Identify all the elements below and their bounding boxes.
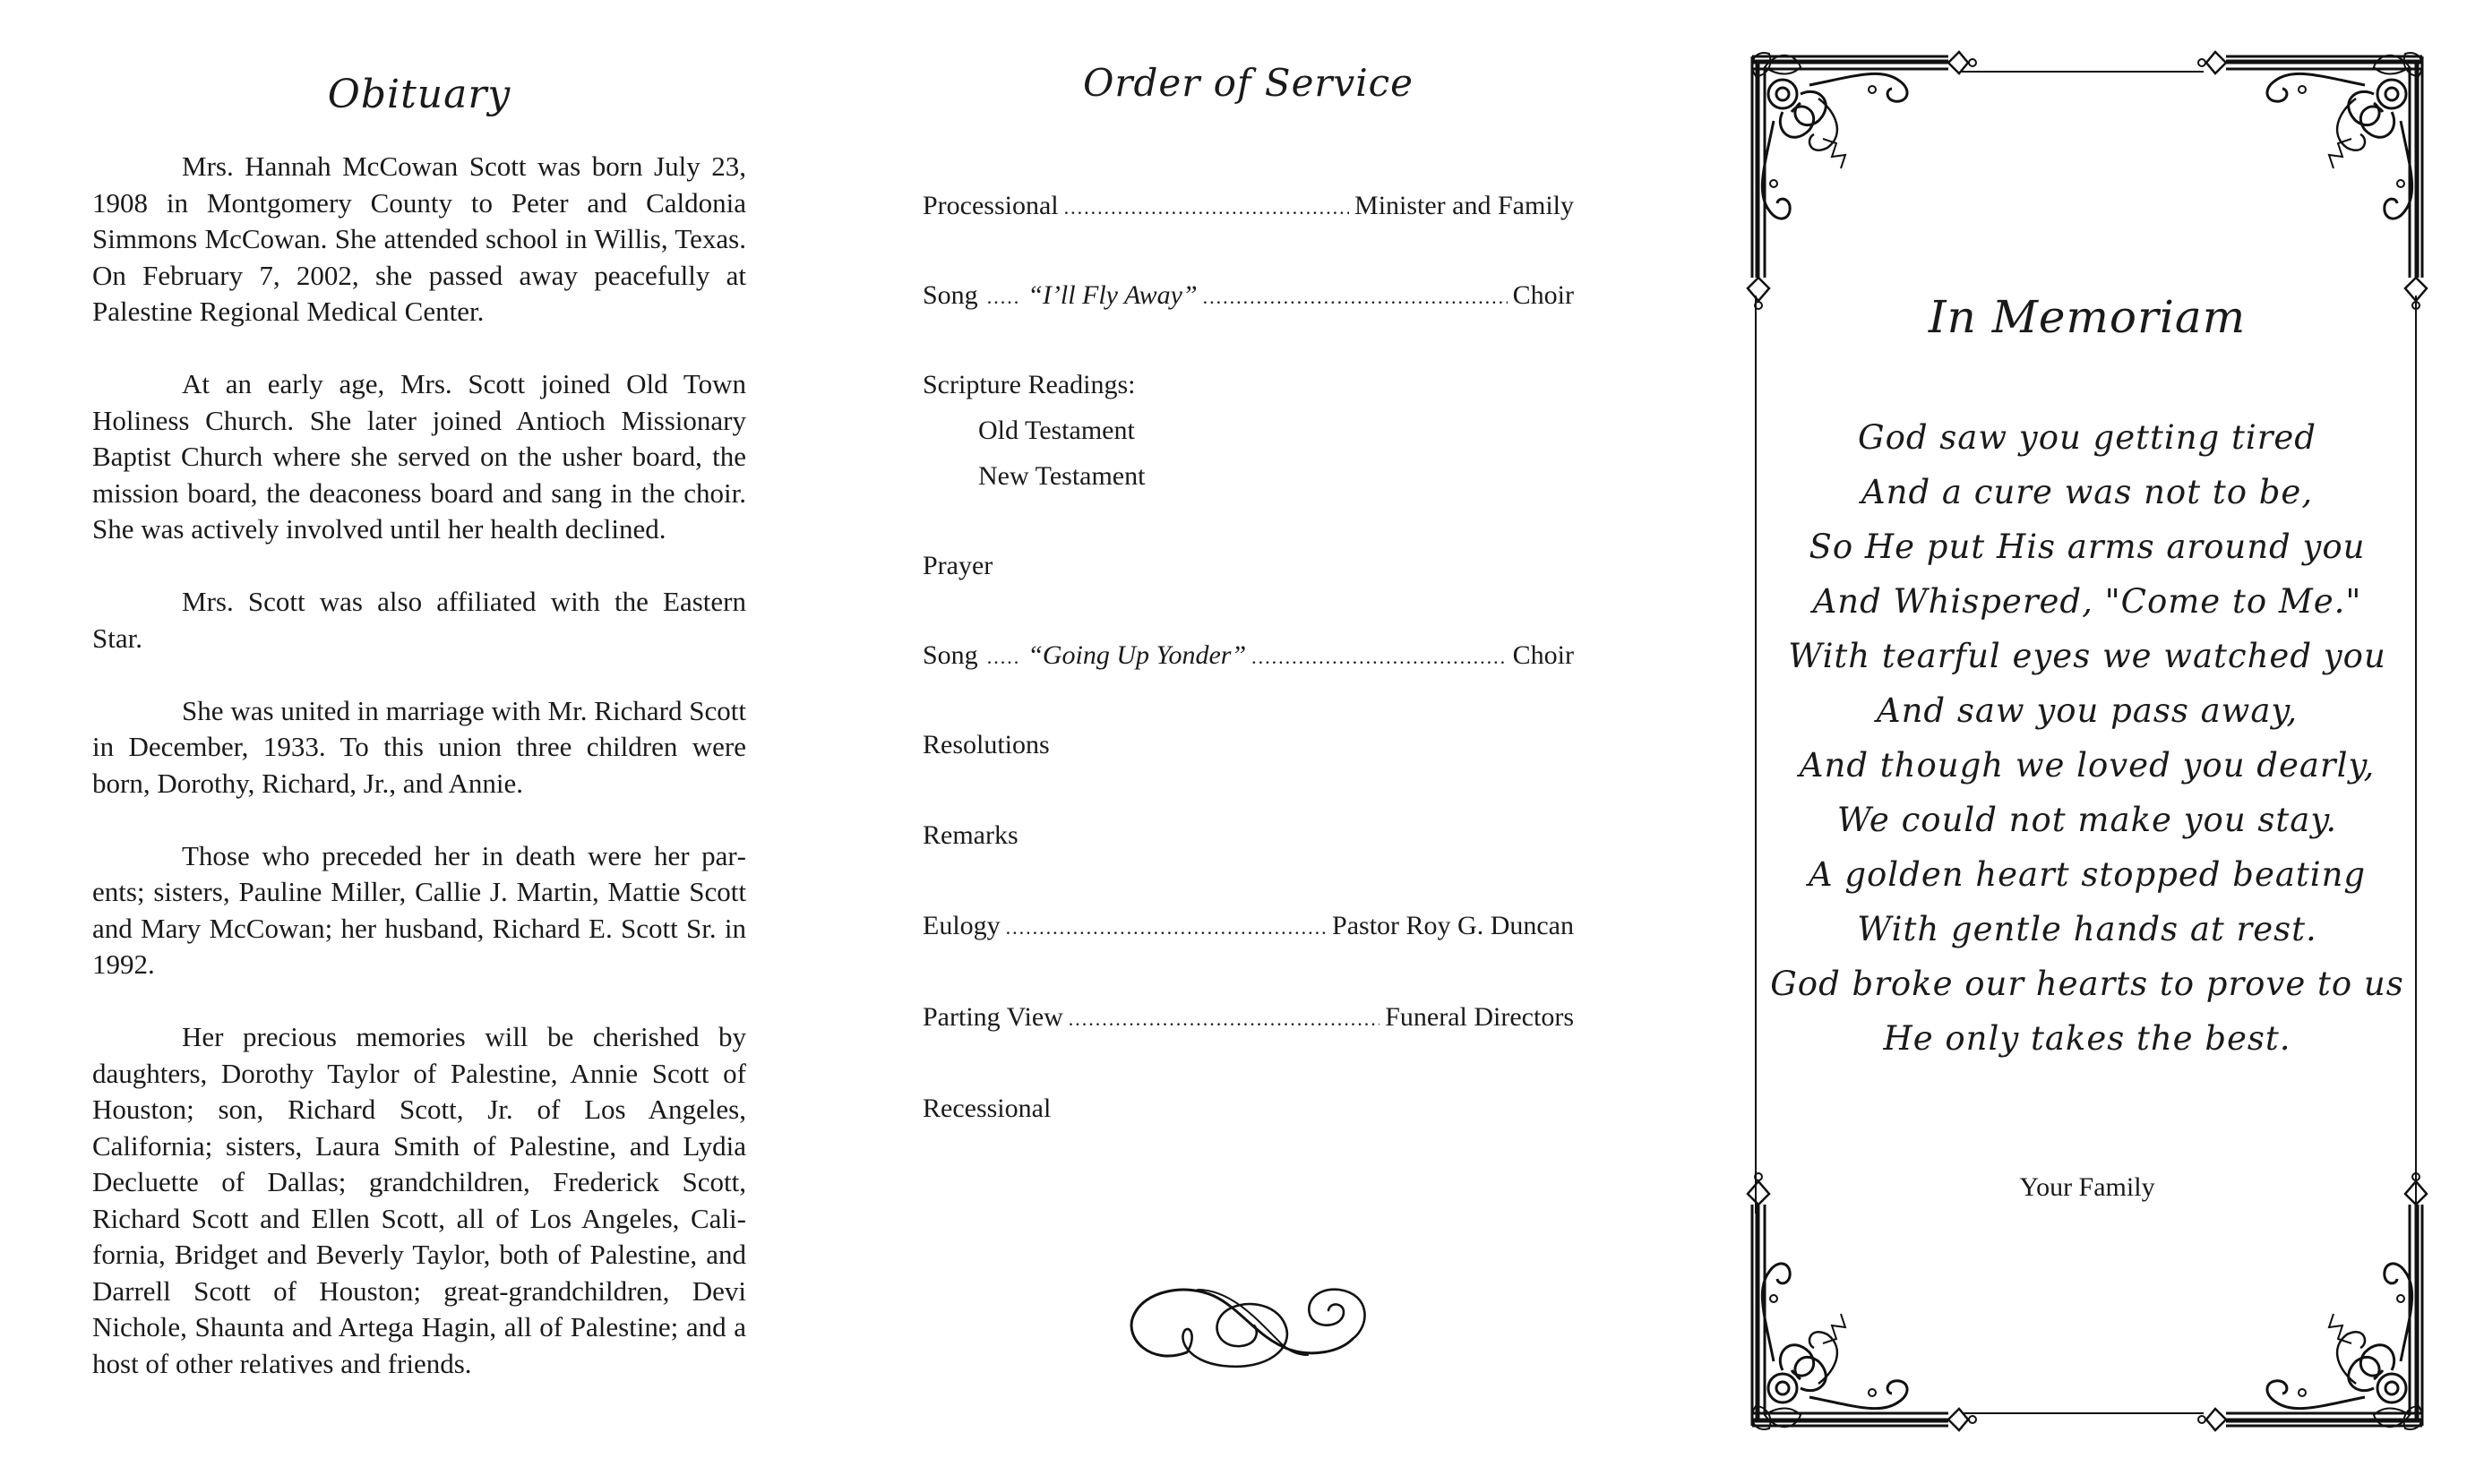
poem-line: A golden heart stopped beating	[1760, 847, 2414, 902]
service-item-song-1: Song ..... “I’ll Fly Away” Choir	[923, 278, 1574, 315]
obituary-paragraph-church: At an early age, Mrs. Scott joined Old T…	[92, 366, 746, 548]
in-memoriam-title: In Memoriam	[1760, 288, 2414, 346]
service-item-label: Recessional	[923, 1091, 1051, 1127]
song-title: “I’ll Fly Away”	[1024, 278, 1197, 313]
poem-line: He only takes the best.	[1760, 1011, 2414, 1066]
poem-line: With gentle hands at rest.	[1760, 902, 2414, 956]
dot-leader	[1251, 639, 1508, 675]
obituary-title: Obituary	[92, 70, 746, 120]
poem-line: And Whispered, "Come to Me."	[1760, 574, 2414, 629]
song-title: “Going Up Yonder”	[1024, 638, 1246, 673]
service-item-performer: Choir	[1513, 638, 1574, 673]
dot-leader	[1203, 279, 1508, 315]
obituary-paragraph-preceded: Those who preceded her in death were her…	[92, 838, 746, 983]
order-of-service-title: Order of Service	[923, 59, 1574, 107]
service-item-scripture: Scripture Readings:	[923, 367, 1574, 403]
service-item-label: Processional	[923, 188, 1059, 224]
service-item-song-2: Song ..... “Going Up Yonder” Choir	[923, 638, 1574, 675]
service-item-remarks: Remarks	[923, 818, 1574, 854]
dot-leader: .....	[987, 279, 1021, 315]
service-item-label: New Testament	[978, 459, 1145, 494]
service-item-label: Scripture Readings:	[923, 367, 1135, 403]
service-item-performer: Funeral Directors	[1385, 999, 1574, 1035]
obituary-paragraph-eastern-star: Mrs. Scott was also affiliated with the …	[92, 584, 746, 656]
service-item-old-testament: Old Testament	[978, 413, 1629, 449]
service-item-resolutions: Resolutions	[923, 727, 1574, 763]
service-item-new-testament: New Testament	[978, 459, 1629, 494]
service-item-prayer: Prayer	[923, 548, 1574, 584]
service-item-label: Prayer	[923, 548, 993, 584]
dot-leader: .....	[987, 639, 1021, 675]
service-item-eulogy: Eulogy Pastor Roy G. Duncan	[923, 908, 1574, 946]
dot-leader	[1006, 910, 1327, 946]
obituary-paragraph-survivors: Her precious memories will be cherished …	[92, 1019, 746, 1382]
service-item-label: Parting View	[923, 999, 1063, 1035]
dot-leader	[1064, 190, 1349, 226]
poem-line: God saw you getting tired	[1760, 410, 2414, 465]
poem-line: And saw you pass away,	[1760, 683, 2414, 738]
dot-leader	[1069, 1001, 1380, 1037]
service-item-recessional: Recessional	[923, 1091, 1574, 1127]
obituary-body: Mrs. Hannah McCowan Scott was born July …	[92, 149, 746, 1382]
flourish-ornament-icon	[1124, 1276, 1384, 1388]
poem-line: With tearful eyes we watched you	[1760, 629, 2414, 683]
poem-line: God broke our hearts to prove to us	[1760, 956, 2414, 1011]
service-item-label: Resolutions	[923, 727, 1050, 763]
memorial-poem: God saw you getting tired And a cure was…	[1760, 410, 2414, 1066]
poem-line: We could not make you stay.	[1760, 793, 2414, 847]
service-item-label: Old Testament	[978, 413, 1135, 449]
obituary-paragraph-birth: Mrs. Hannah McCowan Scott was born July …	[92, 149, 746, 330]
poem-line: And a cure was not to be,	[1760, 465, 2414, 519]
service-item-label: Remarks	[923, 818, 1019, 854]
service-item-label: Eulogy	[923, 908, 1001, 944]
service-item-label: Song	[923, 638, 978, 673]
service-item-performer: Choir	[1513, 278, 1574, 313]
service-item-processional: Processional Minister and Family	[923, 188, 1574, 226]
signoff-your-family: Your Family	[1760, 1170, 2414, 1205]
poem-line: And though we loved you dearly,	[1760, 738, 2414, 793]
service-item-performer: Minister and Family	[1354, 188, 1574, 224]
service-item-parting-view: Parting View Funeral Directors	[923, 999, 1574, 1037]
obituary-paragraph-marriage: She was united in marriage with Mr. Rich…	[92, 693, 746, 802]
service-item-performer: Pastor Roy G. Duncan	[1332, 908, 1574, 944]
poem-line: So He put His arms around you	[1760, 519, 2414, 574]
service-item-label: Song	[923, 278, 978, 313]
